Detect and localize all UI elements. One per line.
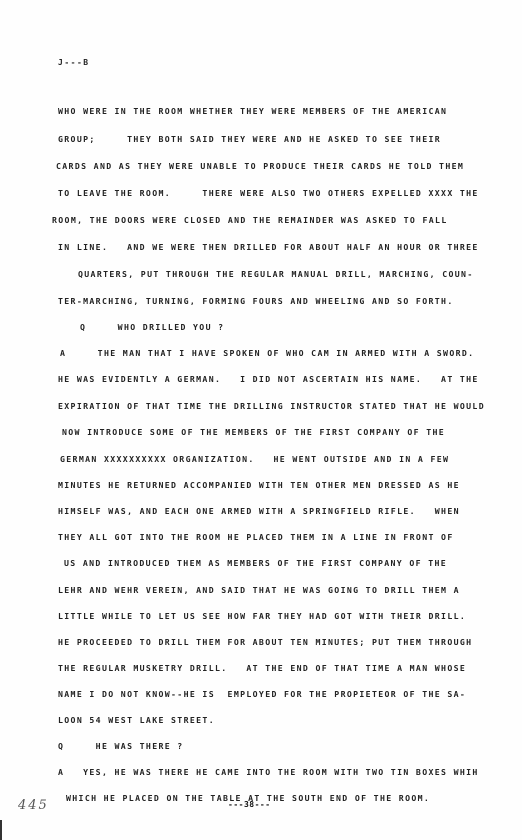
text-line: THE REGULAR MUSKETRY DRILL. AT THE END O… xyxy=(58,663,466,673)
text-line: LOON 54 WEST LAKE STREET. xyxy=(58,715,215,725)
text-line: NAME I DO NOT KNOW--HE IS EMPLOYED FOR T… xyxy=(58,689,466,699)
text-line: IN LINE. AND WE WERE THEN DRILLED FOR AB… xyxy=(58,242,479,252)
text-line: A THE MAN THAT I HAVE SPOKEN OF WHO CAM … xyxy=(60,348,474,358)
page-header: J---B xyxy=(58,58,90,67)
text-line: TER-MARCHING, TURNING, FORMING FOURS AND… xyxy=(58,296,454,306)
text-line: HE PROCEEDED TO DRILL THEM FOR ABOUT TEN… xyxy=(58,637,472,647)
text-line: NOW INTRODUCE SOME OF THE MEMBERS OF THE… xyxy=(62,427,445,437)
text-line: WHO WERE IN THE ROOM WHETHER THEY WERE M… xyxy=(58,106,447,116)
text-line: Q HE WAS THERE ? xyxy=(58,741,184,751)
text-line: A YES, HE WAS THERE HE CAME INTO THE ROO… xyxy=(58,767,479,777)
text-line: HIMSELF WAS, AND EACH ONE ARMED WITH A S… xyxy=(58,506,460,516)
handwritten-margin-note: 445 xyxy=(18,798,49,813)
text-line: THEY ALL GOT INTO THE ROOM HE PLACED THE… xyxy=(58,532,454,542)
document-page: J---B WHO WERE IN THE ROOM WHETHER THEY … xyxy=(0,0,522,840)
text-line: LEHR AND WEHR VEREIN, AND SAID THAT HE W… xyxy=(58,585,460,595)
text-line: GERMAN XXXXXXXXXX ORGANIZATION. HE WENT … xyxy=(60,454,449,464)
text-line: QUARTERS, PUT THROUGH THE REGULAR MANUAL… xyxy=(78,269,474,279)
text-line: Q WHO DRILLED YOU ? xyxy=(80,322,224,332)
text-line: ROOM, THE DOORS WERE CLOSED AND THE REMA… xyxy=(52,215,448,225)
scan-edge-mark xyxy=(0,820,2,840)
text-line: MINUTES HE RETURNED ACCOMPANIED WITH TEN… xyxy=(58,480,460,490)
text-line: LITTLE WHILE TO LET US SEE HOW FAR THEY … xyxy=(58,611,466,621)
text-line: EXPIRATION OF THAT TIME THE DRILLING INS… xyxy=(58,401,485,411)
text-line: CARDS AND AS THEY WERE UNABLE TO PRODUCE… xyxy=(56,161,464,171)
page-number: ---38--- xyxy=(228,800,271,809)
text-line: HE WAS EVIDENTLY A GERMAN. I DID NOT ASC… xyxy=(58,374,479,384)
text-line: US AND INTRODUCED THEM AS MEMBERS OF THE… xyxy=(64,558,447,568)
text-line: TO LEAVE THE ROOM. THERE WERE ALSO TWO O… xyxy=(58,188,479,198)
text-line: GROUP; THEY BOTH SAID THEY WERE AND HE A… xyxy=(58,134,441,144)
